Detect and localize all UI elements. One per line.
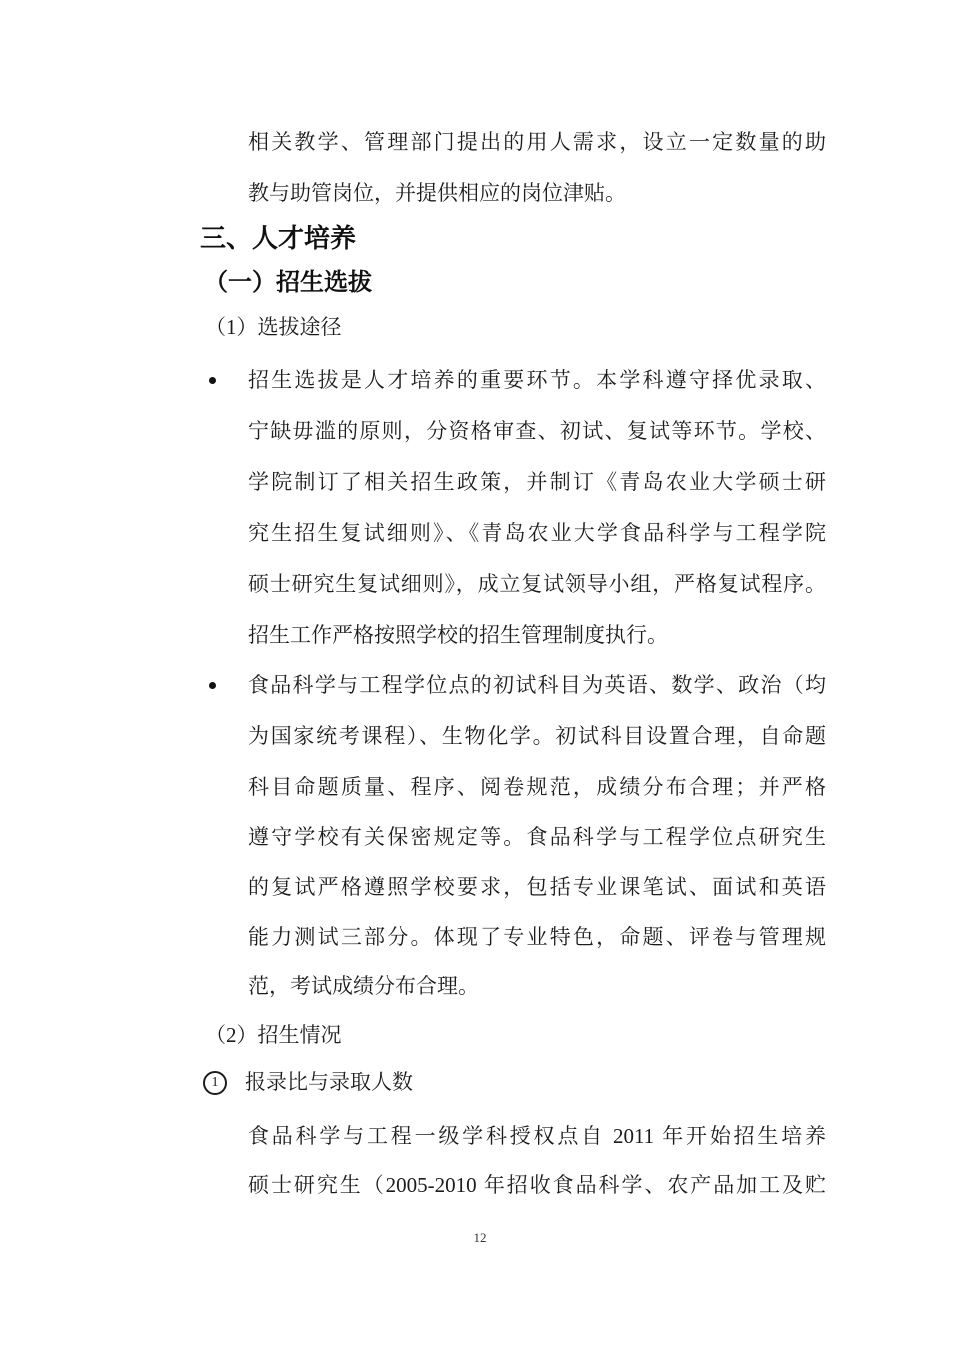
- paragraph-text: 硕士研究生（2005-2010 年招收食品科学、农产品加工及贮: [248, 1171, 826, 1200]
- bullet-text: 食品科学与工程学位点的初试科目为英语、数学、政治（均: [248, 671, 826, 700]
- bullet-line: 遵守学校有关保密规定等。食品科学与工程学位点研究生: [0, 823, 960, 855]
- bullet-text: 的复试严格遵照学校要求，包括专业课笔试、面试和英语: [248, 873, 826, 902]
- bullet-text: 学院制订了相关招生政策，并制订《青岛农业大学硕士研: [248, 468, 826, 497]
- bullet-text: 遵守学校有关保密规定等。食品科学与工程学位点研究生: [248, 823, 826, 852]
- bullet-line: 宁缺毋滥的原则，分资格审查、初试、复试等环节。学校、: [0, 417, 960, 449]
- bullet-line: 的复试严格遵照学校要求，包括专业课笔试、面试和英语: [0, 873, 960, 905]
- bullet-line: 范，考试成绩分布合理。: [0, 972, 960, 1004]
- list-label-selection-path: （1）选拔途径: [205, 313, 905, 345]
- bullet-line: 招生工作严格按照学校的招生管理制度执行。: [0, 621, 960, 653]
- paragraph-text: 相关教学、管理部门提出的用人需求，设立一定数量的助: [248, 128, 826, 157]
- bullet-text: 范，考试成绩分布合理。: [248, 972, 826, 1001]
- paragraph-line: 食品科学与工程一级学科授权点自 2011 年开始招生培养: [0, 1122, 960, 1154]
- document-page: 相关教学、管理部门提出的用人需求，设立一定数量的助 教与助管岗位，并提供相应的岗…: [0, 0, 960, 1357]
- bullet-text: 能力测试三部分。体现了专业特色，命题、评卷与管理规: [248, 923, 826, 952]
- bullet-line: 学院制订了相关招生政策，并制订《青岛农业大学硕士研: [0, 468, 960, 500]
- paragraph-line: 相关教学、管理部门提出的用人需求，设立一定数量的助: [0, 128, 960, 160]
- paragraph-line: 硕士研究生（2005-2010 年招收食品科学、农产品加工及贮: [0, 1171, 960, 1203]
- section-heading: 三、人才培养: [200, 222, 900, 254]
- bullet-line: 招生选拔是人才培养的重要环节。本学科遵守择优录取、: [0, 366, 960, 398]
- bullet-text: 究生招生复试细则》、《青岛农业大学食品科学与工程学院: [248, 519, 826, 548]
- subsection-heading: （一）招生选拔: [204, 267, 904, 299]
- paragraph-line: 教与助管岗位，并提供相应的岗位津贴。: [0, 179, 960, 211]
- paragraph-text: 食品科学与工程一级学科授权点自 2011 年开始招生培养: [248, 1122, 826, 1151]
- bullet-text: 招生选拔是人才培养的重要环节。本学科遵守择优录取、: [248, 366, 826, 395]
- bullet-text: 宁缺毋滥的原则，分资格审查、初试、复试等环节。学校、: [248, 417, 826, 446]
- circled-item-title: 报录比与录取人数: [245, 1068, 845, 1097]
- bullet-line: 能力测试三部分。体现了专业特色，命题、评卷与管理规: [0, 923, 960, 955]
- bullet-line: 科目命题质量、程序、阅卷规范，成绩分布合理；并严格: [0, 773, 960, 805]
- paragraph-text: 教与助管岗位，并提供相应的岗位津贴。: [248, 179, 826, 208]
- list-label-enrollment-status: （2）招生情况: [205, 1021, 905, 1053]
- page-number: 12: [0, 1230, 960, 1246]
- circled-number-1-icon: 1: [203, 1071, 227, 1095]
- bullet-line: 究生招生复试细则》、《青岛农业大学食品科学与工程学院: [0, 519, 960, 551]
- bullet-text: 为国家统考课程）、生物化学。初试科目设置合理，自命题: [248, 722, 826, 751]
- bullet-text: 硕士研究生复试细则》，成立复试领导小组，严格复试程序。: [248, 570, 826, 599]
- bullet-text: 招生工作严格按照学校的招生管理制度执行。: [248, 621, 826, 650]
- bullet-text: 科目命题质量、程序、阅卷规范，成绩分布合理；并严格: [248, 773, 826, 802]
- bullet-line: 为国家统考课程）、生物化学。初试科目设置合理，自命题: [0, 722, 960, 754]
- bullet-line: 硕士研究生复试细则》，成立复试领导小组，严格复试程序。: [0, 570, 960, 602]
- bullet-line: 食品科学与工程学位点的初试科目为英语、数学、政治（均: [0, 671, 960, 703]
